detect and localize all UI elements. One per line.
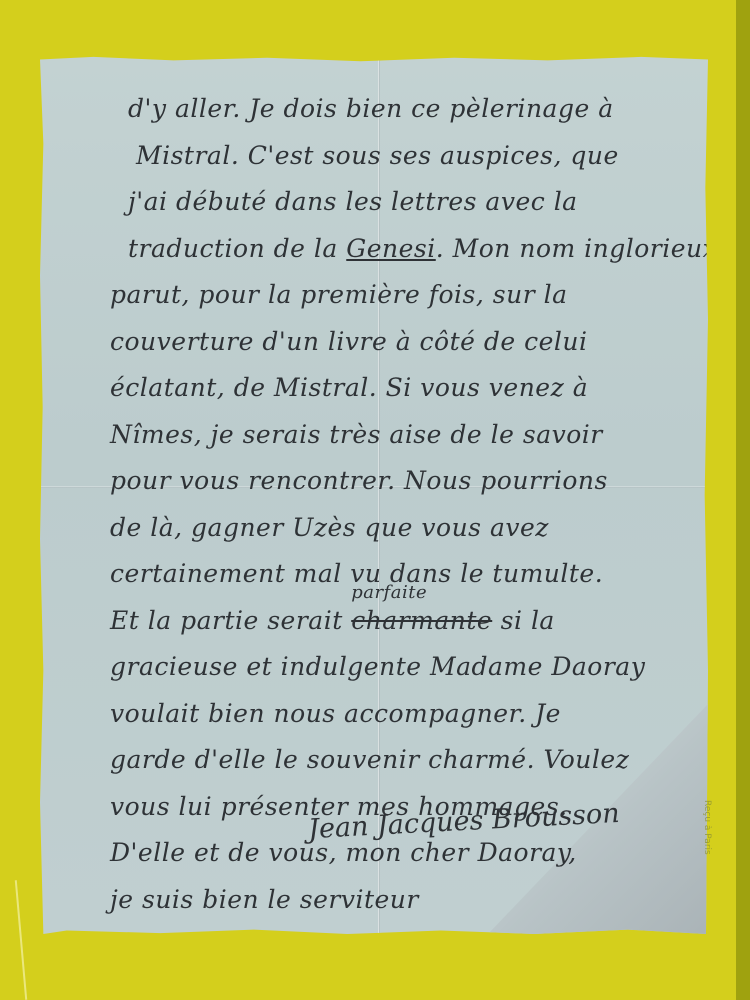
letter-line: Nîmes, je serais très aise de le savoir xyxy=(102,412,702,459)
letter-line: de là, gagner Uzès que vous avez xyxy=(102,505,702,552)
letter-line: d'y aller. Je dois bien ce pèlerinage à xyxy=(102,86,702,133)
letter-line: parut, pour la première fois, sur la xyxy=(102,272,702,319)
letter-sheet: d'y aller. Je dois bien ce pèlerinage à … xyxy=(40,56,708,934)
line-text: si la xyxy=(492,606,555,635)
letter-line: éclatant, de Mistral. Si vous venez à xyxy=(102,365,702,412)
underlined-title: Genesi xyxy=(346,234,436,263)
letter-line: je suis bien le serviteur xyxy=(102,877,702,924)
struck-text: charmante xyxy=(351,606,492,635)
struck-word: parfaitecharmante xyxy=(351,606,492,635)
letter-line: couverture d'un livre à côté de celui xyxy=(102,319,702,366)
line-text: traduction de la xyxy=(128,234,346,263)
background-edge xyxy=(736,0,750,1000)
letter-line: pour vous rencontrer. Nous pourrions xyxy=(102,458,702,505)
letter-line: gracieuse et indulgente Madame Daoray xyxy=(102,644,702,691)
letter-line: voulait bien nous accompagner. Je xyxy=(102,691,702,738)
letter-line: Et la partie serait parfaitecharmante si… xyxy=(102,598,702,645)
line-text: . Mon nom inglorieux xyxy=(436,234,717,263)
letter-line: j'ai débuté dans les lettres avec la xyxy=(102,179,702,226)
letter-line: garde d'elle le souvenir charmé. Voulez xyxy=(102,737,702,784)
letter-line: Mistral. C'est sous ses auspices, que xyxy=(102,133,702,180)
line-text: Et la partie serait xyxy=(110,606,351,635)
background-crease xyxy=(15,880,27,1000)
inserted-correction: parfaite xyxy=(351,584,427,602)
pencil-margin-note: Reçu à Paris xyxy=(702,800,712,855)
letter-line: traduction de la Genesi. Mon nom inglori… xyxy=(102,226,702,273)
